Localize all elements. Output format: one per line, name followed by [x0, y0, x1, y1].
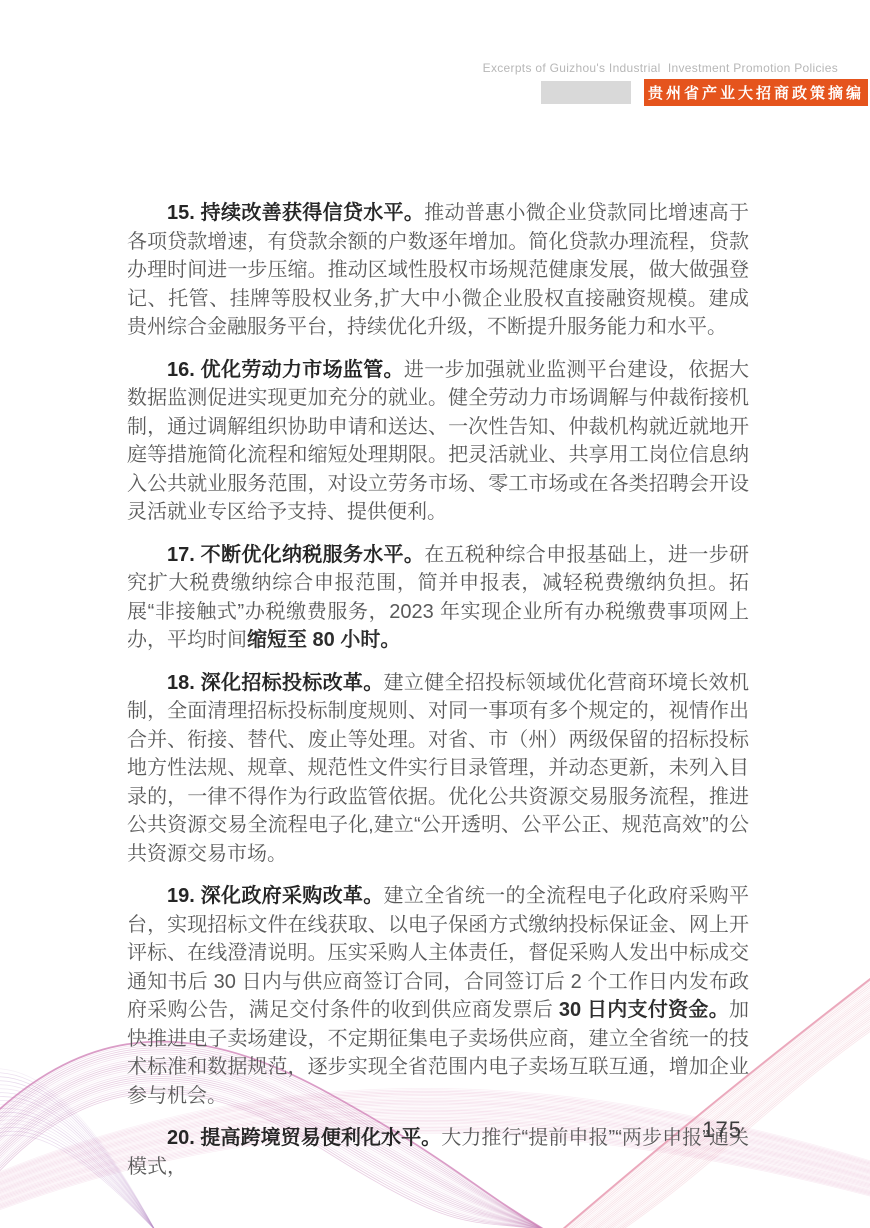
- paragraph-heading: 15. 持续改善获得信贷水平。: [167, 202, 424, 224]
- paragraph-heading: 20. 提高跨境贸易便利化水平。: [167, 1127, 441, 1149]
- document-page: Excerpts of Guizhou's Industrial Investm…: [0, 0, 870, 1228]
- header-english-caption: Excerpts of Guizhou's Industrial Investm…: [0, 61, 838, 75]
- policy-paragraph-15: 15. 持续改善获得信贷水平。推动普惠小微企业贷款同比增速高于各项贷款增速，有贷…: [127, 199, 749, 342]
- paragraph-heading: 16. 优化劳动力市场监管。: [167, 359, 404, 381]
- policy-paragraph-16: 16. 优化劳动力市场监管。进一步加强就业监测平台建设，依据大数据监测促进实现更…: [127, 356, 749, 527]
- paragraph-bold-text: 30 日内支付资金。: [559, 999, 729, 1021]
- header-title-banner: 贵州省产业大招商政策摘编: [644, 79, 868, 106]
- header-placeholder-box: [541, 81, 631, 104]
- paragraph-text: 建立健全招投标领域优化营商环境长效机制，全面清理招标投标制度规则、对同一事项有多…: [127, 672, 749, 865]
- policy-paragraph-18: 18. 深化招标投标改革。建立健全招投标领域优化营商环境长效机制，全面清理招标投…: [127, 669, 749, 869]
- policy-text-block: 15. 持续改善获得信贷水平。推动普惠小微企业贷款同比增速高于各项贷款增速，有贷…: [127, 199, 749, 1181]
- header-title-text: 贵州省产业大招商政策摘编: [648, 82, 864, 103]
- policy-paragraph-19: 19. 深化政府采购改革。建立全省统一的全流程电子化政府采购平台，实现招标文件在…: [127, 882, 749, 1110]
- page-number: 175: [702, 1117, 742, 1143]
- paragraph-heading: 18. 深化招标投标改革。: [167, 672, 384, 694]
- policy-paragraph-20: 20. 提高跨境贸易便利化水平。大力推行“提前申报”“两步申报”通关模式，: [127, 1124, 749, 1181]
- policy-paragraph-17: 17. 不断优化纳税服务水平。在五税种综合申报基础上，进一步研究扩大税费缴纳综合…: [127, 541, 749, 655]
- paragraph-heading: 19. 深化政府采购改革。: [167, 885, 384, 907]
- paragraph-text: 进一步加强就业监测平台建设，依据大数据监测促进实现更加充分的就业。健全劳动力市场…: [127, 359, 749, 524]
- paragraph-heading: 17. 不断优化纳税服务水平。: [167, 544, 424, 566]
- paragraph-bold-text: 缩短至 80 小时。: [247, 629, 400, 651]
